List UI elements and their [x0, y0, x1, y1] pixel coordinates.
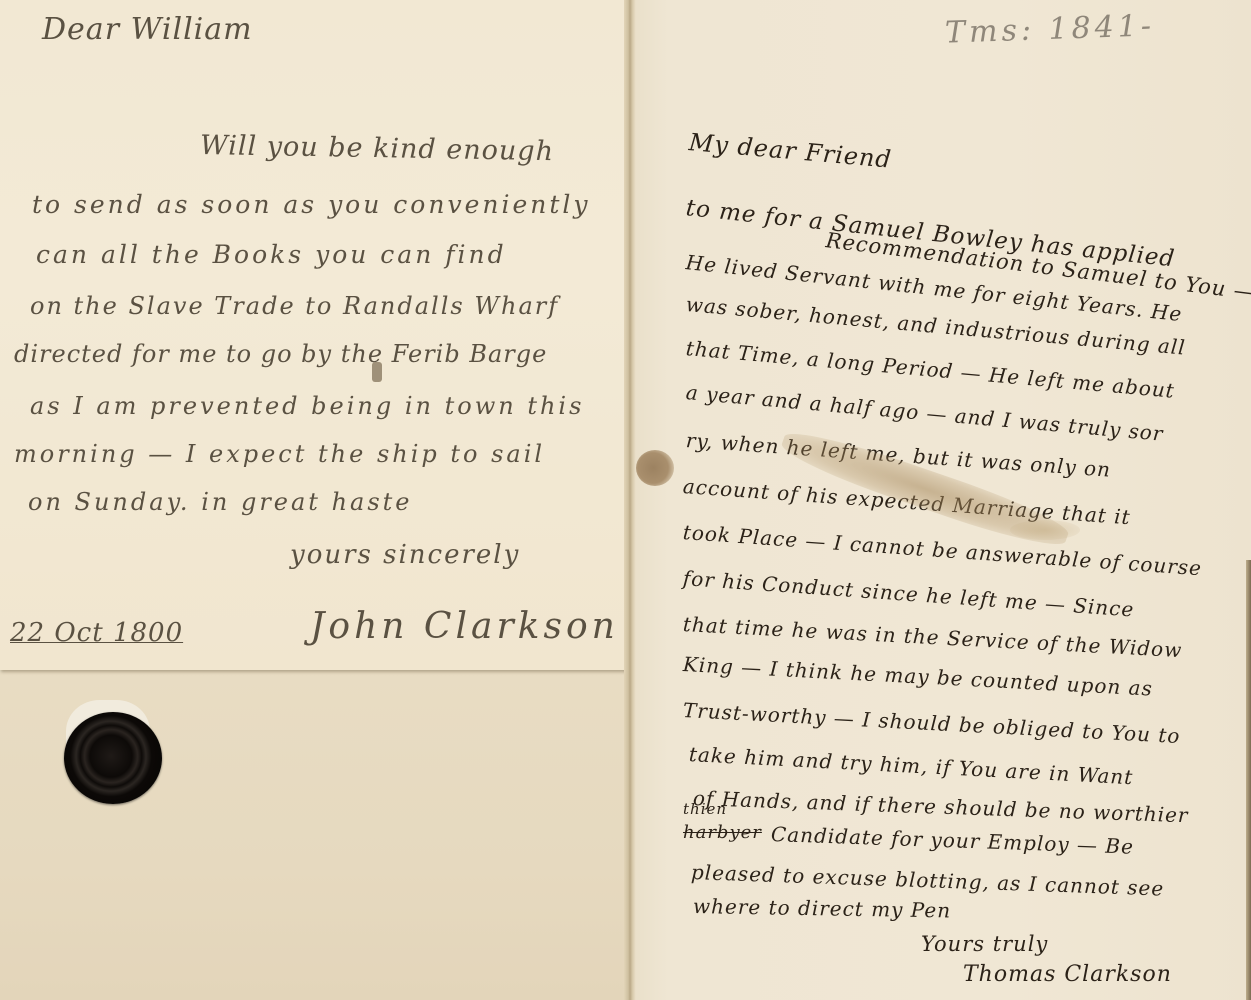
right-line-8: account of his expected Marriage that it	[682, 474, 1131, 529]
right-line-13: Trust-worthy — I should be obliged to Yo…	[682, 698, 1181, 748]
right-line-7: ry, when he left me, but it was only on	[685, 428, 1112, 482]
right-line-12: King — I think he may be counted upon as	[682, 652, 1153, 701]
left-letter-john-clarkson: Dear William Will you be kind enough to …	[0, 0, 629, 670]
right-line-10: for his Conduct since he left me — Since	[682, 566, 1135, 621]
right-line-15: of Hands, and if there should be no wort…	[693, 786, 1189, 827]
left-line-4: on the Slave Trade to Randalls Wharf	[30, 292, 559, 320]
struck-word: harbyer	[683, 822, 762, 843]
right-salutation: My dear Friend	[688, 128, 893, 174]
interlinear-insert: thien	[683, 800, 727, 818]
left-line-8: on Sunday. in great haste	[28, 488, 413, 516]
archive-pencil-note: Tms: 1841-	[944, 8, 1155, 50]
right-closing: Yours truly	[921, 932, 1048, 956]
right-signature: Thomas Clarkson	[963, 962, 1172, 987]
right-line-16: Candidate for your Employ — Be	[771, 822, 1135, 859]
left-date: 22 Oct 1800	[10, 618, 183, 648]
page-fold-gutter	[624, 0, 636, 1000]
wax-seal-icon	[64, 712, 162, 804]
left-line-7: morning — I expect the ship to sail	[14, 440, 545, 468]
right-letter-thomas-clarkson: My dear Friend to me for a Samuel Bowley…	[631, 0, 1251, 1000]
right-line-18: where to direct my Pen	[693, 894, 952, 923]
left-line-5: directed for me to go by the Ferib Barge	[14, 340, 547, 368]
left-salutation: Dear William	[42, 12, 253, 47]
left-signature: John Clarkson	[310, 606, 619, 647]
right-line-14: take him and try him, if You are in Want	[688, 742, 1134, 789]
left-line-2: to send as soon as you conveniently	[32, 190, 591, 219]
mount-edge-shadow	[1246, 560, 1251, 1000]
left-line-6: as I am prevented being in town this	[30, 392, 584, 420]
left-closing: yours sincerely	[290, 540, 520, 570]
left-line-1: Will you be kind enough	[200, 130, 555, 167]
left-line-3: can all the Books you can find	[36, 240, 507, 269]
